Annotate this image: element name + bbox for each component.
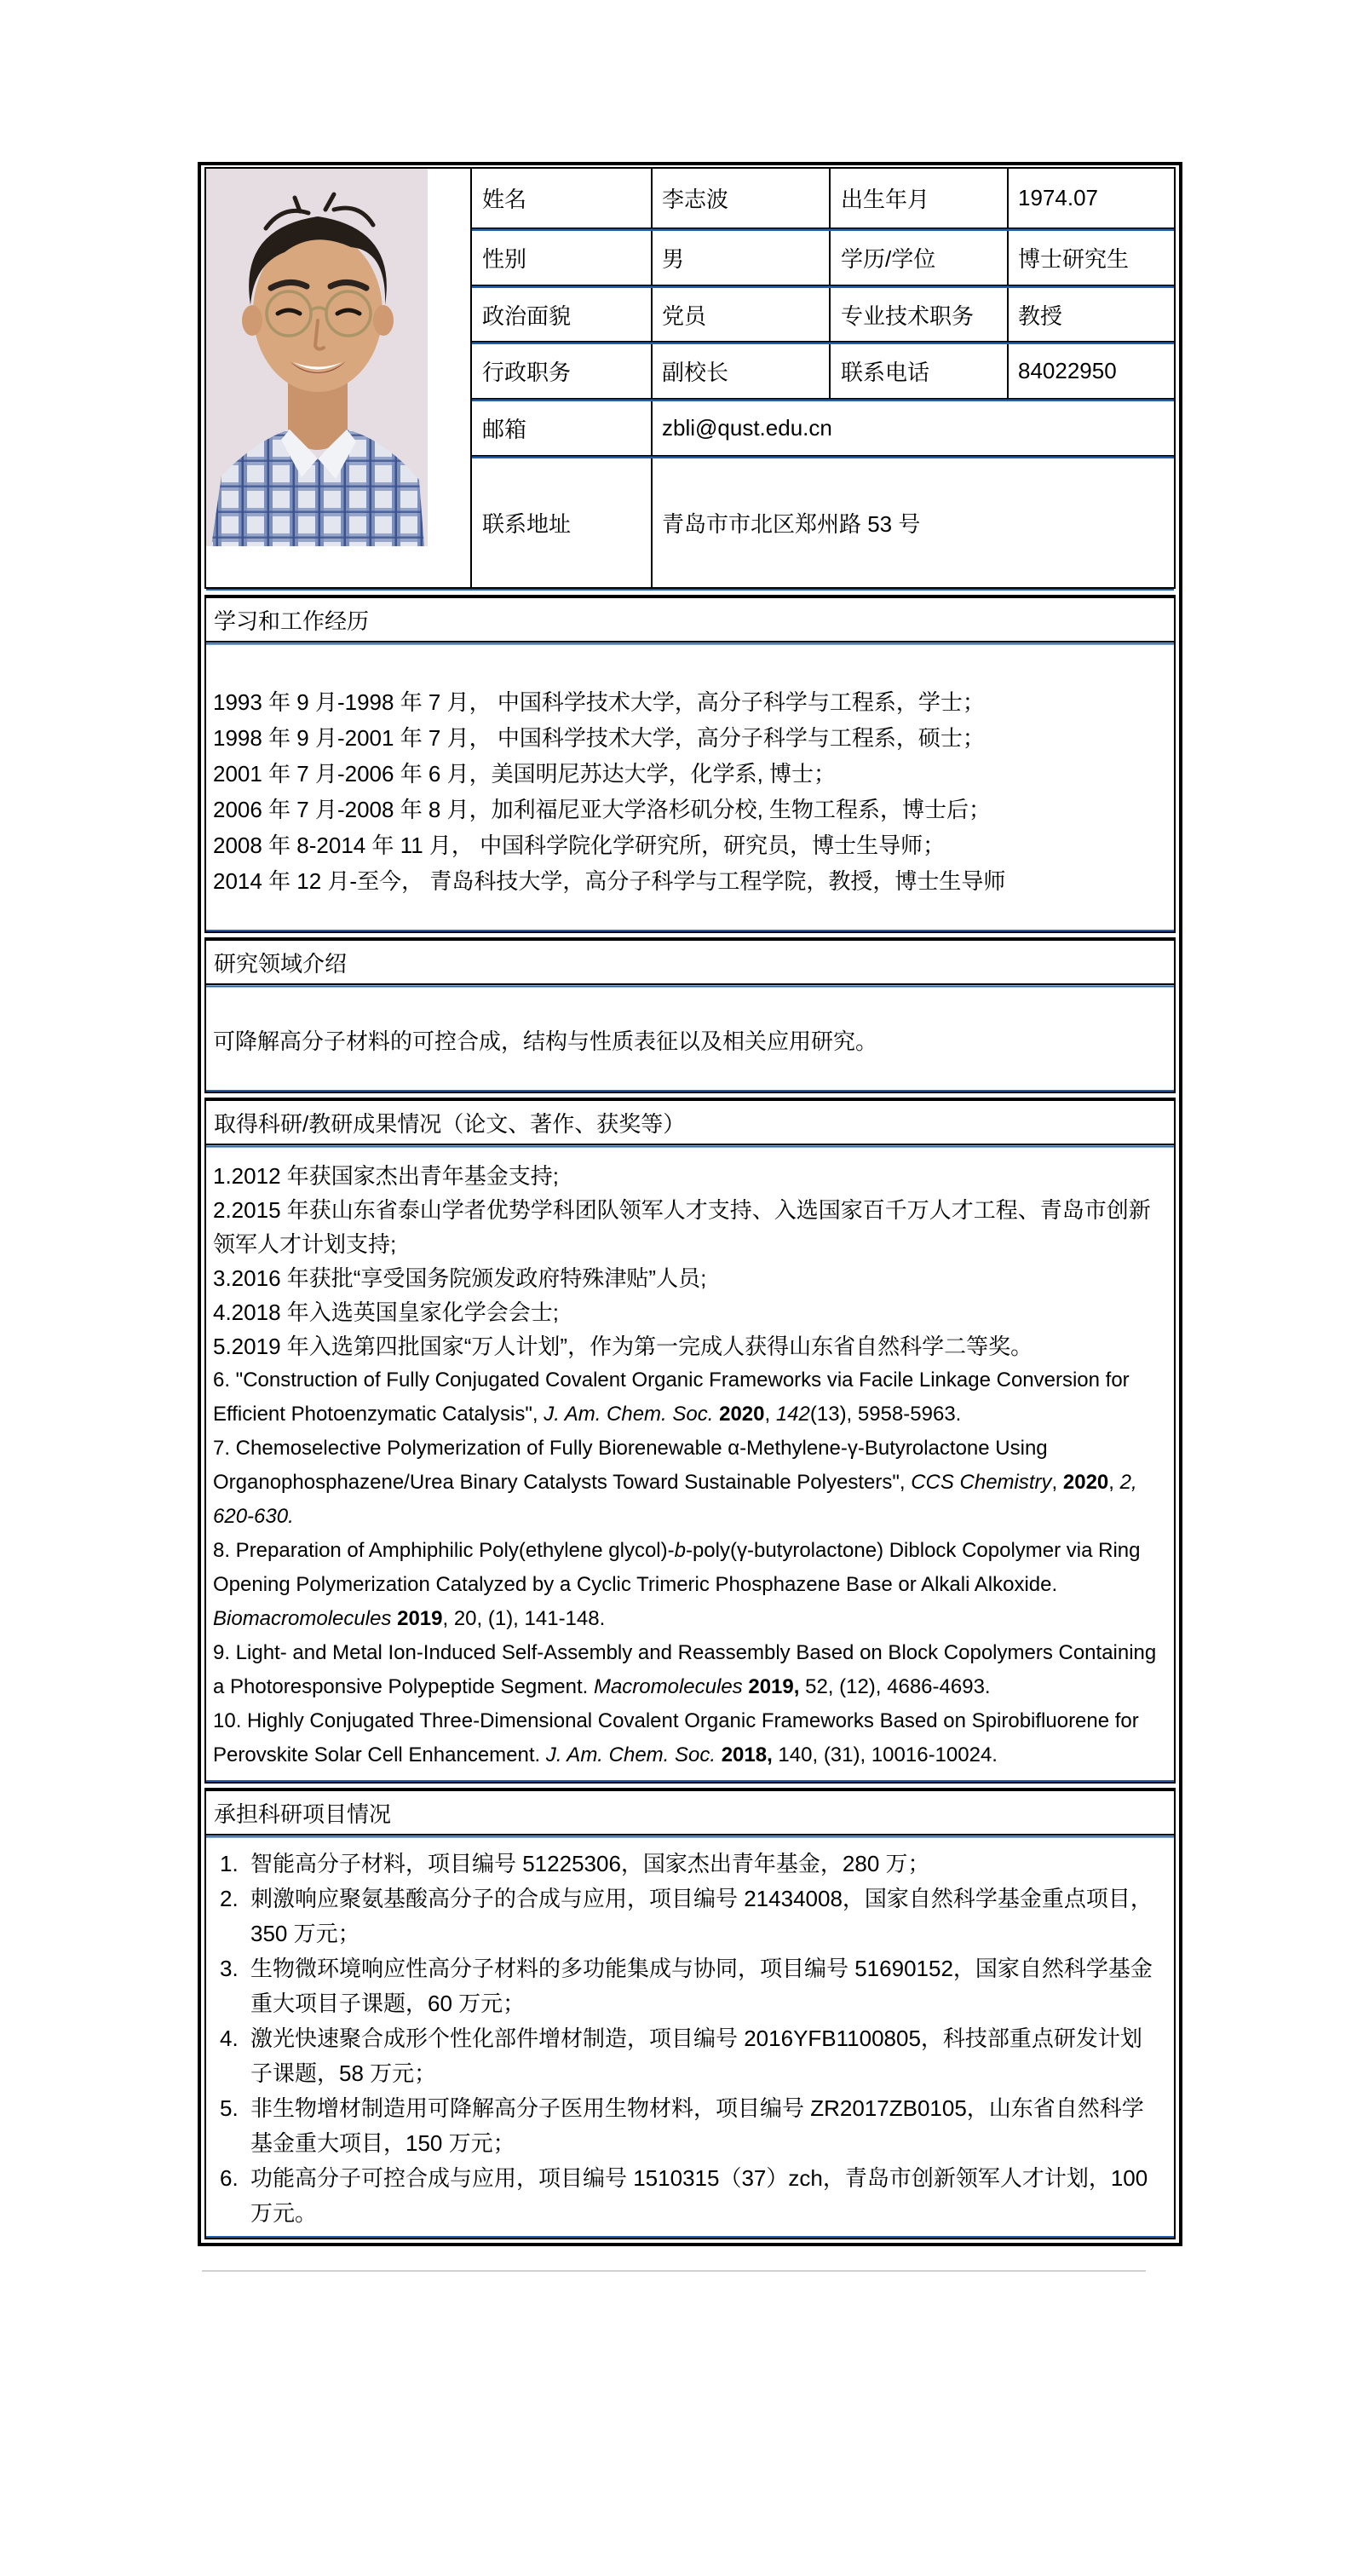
profile-info-table: 姓名 李志波 出生年月 1974.07 性别 男 学历/学位 博士研究生 政治面…: [204, 167, 1176, 589]
experience-line: 2006 年 7 月-2008 年 8 月，加利福尼亚大学洛杉矶分校, 生物工程…: [213, 792, 1167, 827]
political-value: 党员: [651, 288, 829, 341]
experience-line: 2001 年 7 月-2006 年 6 月，美国明尼苏达大学，化学系, 博士；: [213, 756, 1167, 792]
degree-label: 学历/学位: [829, 231, 1007, 285]
achievements-section-title: 取得科研/教研成果情况（论文、著作、获奖等）: [206, 1101, 1174, 1144]
admin-value: 副校长: [651, 344, 829, 398]
table-row: 邮箱 zbli@qust.edu.cn: [472, 401, 1174, 455]
phone-label: 联系电话: [829, 344, 1007, 398]
project-text: 非生物增材制造用可降解高分子医用生物材料，项目编号 ZR2017ZB0105，山…: [250, 2091, 1167, 2161]
section-research: 研究领域介绍 可降解高分子材料的可控合成，结构与性质表征以及相关应用研究。: [204, 937, 1176, 1093]
project-item: 4. 激光快速聚合成形个性化部件增材制造，项目编号 2016YFB1100805…: [213, 2021, 1167, 2091]
project-text: 智能高分子材料，项目编号 51225306，国家杰出青年基金，280 万；: [250, 1847, 1167, 1882]
name-value: 李志波: [651, 169, 829, 228]
achievement-item: 4.2018 年入选英国皇家化学会会士;: [213, 1295, 1167, 1329]
experience-section-title: 学习和工作经历: [206, 598, 1174, 641]
political-label: 政治面貌: [472, 288, 651, 341]
project-number: 6.: [213, 2161, 250, 2231]
project-number: 5.: [213, 2091, 250, 2161]
experience-line: 1993 年 9 月-1998 年 7 月， 中国科学技术大学，高分子科学与工程…: [213, 684, 1167, 720]
photo-cell: [206, 169, 472, 587]
project-item: 6. 功能高分子可控合成与应用，项目编号 1510315（37）zch，青岛市创…: [213, 2161, 1167, 2231]
project-text: 功能高分子可控合成与应用，项目编号 1510315（37）zch，青岛市创新领军…: [250, 2161, 1167, 2231]
achievement-item: 3.2016 年获批“享受国务院颁发政府特殊津贴”人员;: [213, 1261, 1167, 1295]
section-footer-line: [206, 1090, 1174, 1092]
section-projects: 承担科研项目情况 1. 智能高分子材料，项目编号 51225306，国家杰出青年…: [204, 1788, 1176, 2239]
project-text: 生物微环境响应性高分子材料的多功能集成与协同，项目编号 51690152，国家自…: [250, 1951, 1167, 2021]
title-label: 专业技术职务: [829, 288, 1007, 341]
page-background: { "colors": { "accent_blue_line": "#2060…: [0, 0, 1346, 2576]
project-item: 1. 智能高分子材料，项目编号 51225306，国家杰出青年基金，280 万；: [213, 1847, 1167, 1882]
name-label: 姓名: [472, 169, 651, 228]
phone-value: 84022950: [1007, 344, 1174, 398]
achievements-content: 1.2012 年获国家杰出青年基金支持; 2.2015 年获山东省泰山学者优势学…: [206, 1148, 1174, 1780]
horizontal-divider: [202, 2270, 1146, 2272]
publication-item: 7. Chemoselective Polymerization of Full…: [213, 1432, 1167, 1534]
project-number: 3.: [213, 1951, 250, 2021]
table-row: 行政职务 副校长 联系电话 84022950: [472, 344, 1174, 398]
experience-line: 2014 年 12 月-至今， 青岛科技大学，高分子科学与工程学院，教授，博士生…: [213, 863, 1167, 899]
title-value: 教授: [1007, 288, 1174, 341]
portrait-photo: [206, 169, 428, 546]
gender-value: 男: [651, 231, 829, 285]
admin-label: 行政职务: [472, 344, 651, 398]
project-item: 3. 生物微环境响应性高分子材料的多功能集成与协同，项目编号 51690152，…: [213, 1951, 1167, 2021]
degree-value: 博士研究生: [1007, 231, 1174, 285]
project-item: 2. 刺激响应聚氨基酸高分子的合成与应用，项目编号 21434008，国家自然科…: [213, 1882, 1167, 1951]
table-row: 联系地址 青岛市市北区郑州路 53 号: [472, 458, 1174, 587]
experience-content: 1993 年 9 月-1998 年 7 月， 中国科学技术大学，高分子科学与工程…: [206, 645, 1174, 930]
experience-line: 1998 年 9 月-2001 年 7 月， 中国科学技术大学，高分子科学与工程…: [213, 720, 1167, 756]
section-achievements: 取得科研/教研成果情况（论文、著作、获奖等） 1.2012 年获国家杰出青年基金…: [204, 1098, 1176, 1784]
experience-line: 2008 年 8-2014 年 11 月， 中国科学院化学研究所，研究员，博士生…: [213, 827, 1167, 863]
project-number: 2.: [213, 1882, 250, 1951]
section-experience: 学习和工作经历 1993 年 9 月-1998 年 7 月， 中国科学技术大学，…: [204, 595, 1176, 933]
project-text: 刺激响应聚氨基酸高分子的合成与应用，项目编号 21434008，国家自然科学基金…: [250, 1882, 1167, 1951]
publication-item: 6. "Construction of Fully Conjugated Cov…: [213, 1363, 1167, 1432]
project-text: 激光快速聚合成形个性化部件增材制造，项目编号 2016YFB1100805，科技…: [250, 2021, 1167, 2091]
email-value: zbli@qust.edu.cn: [651, 401, 1174, 455]
project-number: 1.: [213, 1847, 250, 1882]
projects-content: 1. 智能高分子材料，项目编号 51225306，国家杰出青年基金，280 万；…: [206, 1838, 1174, 2236]
email-label: 邮箱: [472, 401, 651, 455]
projects-section-title: 承担科研项目情况: [206, 1791, 1174, 1834]
section-footer-line: [206, 930, 1174, 931]
project-number: 4.: [213, 2021, 250, 2091]
publication-item: 10. Highly Conjugated Three-Dimensional …: [213, 1704, 1167, 1772]
achievement-item: 1.2012 年获国家杰出青年基金支持;: [213, 1159, 1167, 1193]
project-item: 5. 非生物增材制造用可降解高分子医用生物材料，项目编号 ZR2017ZB010…: [213, 2091, 1167, 2161]
section-footer-line: [206, 2236, 1174, 2238]
research-content: 可降解高分子材料的可控合成，结构与性质表征以及相关应用研究。: [206, 988, 1174, 1090]
gender-label: 性别: [472, 231, 651, 285]
achievement-item: 5.2019 年入选第四批国家“万人计划”，作为第一完成人获得山东省自然科学二等…: [213, 1329, 1167, 1363]
section-footer-line: [206, 1780, 1174, 1782]
birth-label: 出生年月: [829, 169, 1007, 228]
address-value: 青岛市市北区郑州路 53 号: [651, 458, 1174, 587]
publication-item: 8. Preparation of Amphiphilic Poly(ethyl…: [213, 1534, 1167, 1636]
table-row: 政治面貌 党员 专业技术职务 教授: [472, 288, 1174, 341]
cv-document: 姓名 李志波 出生年月 1974.07 性别 男 学历/学位 博士研究生 政治面…: [198, 162, 1182, 2246]
publication-item: 9. Light- and Metal Ion-Induced Self-Ass…: [213, 1636, 1167, 1704]
address-label: 联系地址: [472, 458, 651, 587]
birth-value: 1974.07: [1007, 169, 1174, 228]
info-rows: 姓名 李志波 出生年月 1974.07 性别 男 学历/学位 博士研究生 政治面…: [472, 169, 1174, 587]
achievement-item: 2.2015 年获山东省泰山学者优势学科团队领军人才支持、入选国家百千万人才工程…: [213, 1193, 1167, 1261]
table-row: 性别 男 学历/学位 博士研究生: [472, 231, 1174, 285]
table-row: 姓名 李志波 出生年月 1974.07: [472, 169, 1174, 228]
research-section-title: 研究领域介绍: [206, 941, 1174, 983]
